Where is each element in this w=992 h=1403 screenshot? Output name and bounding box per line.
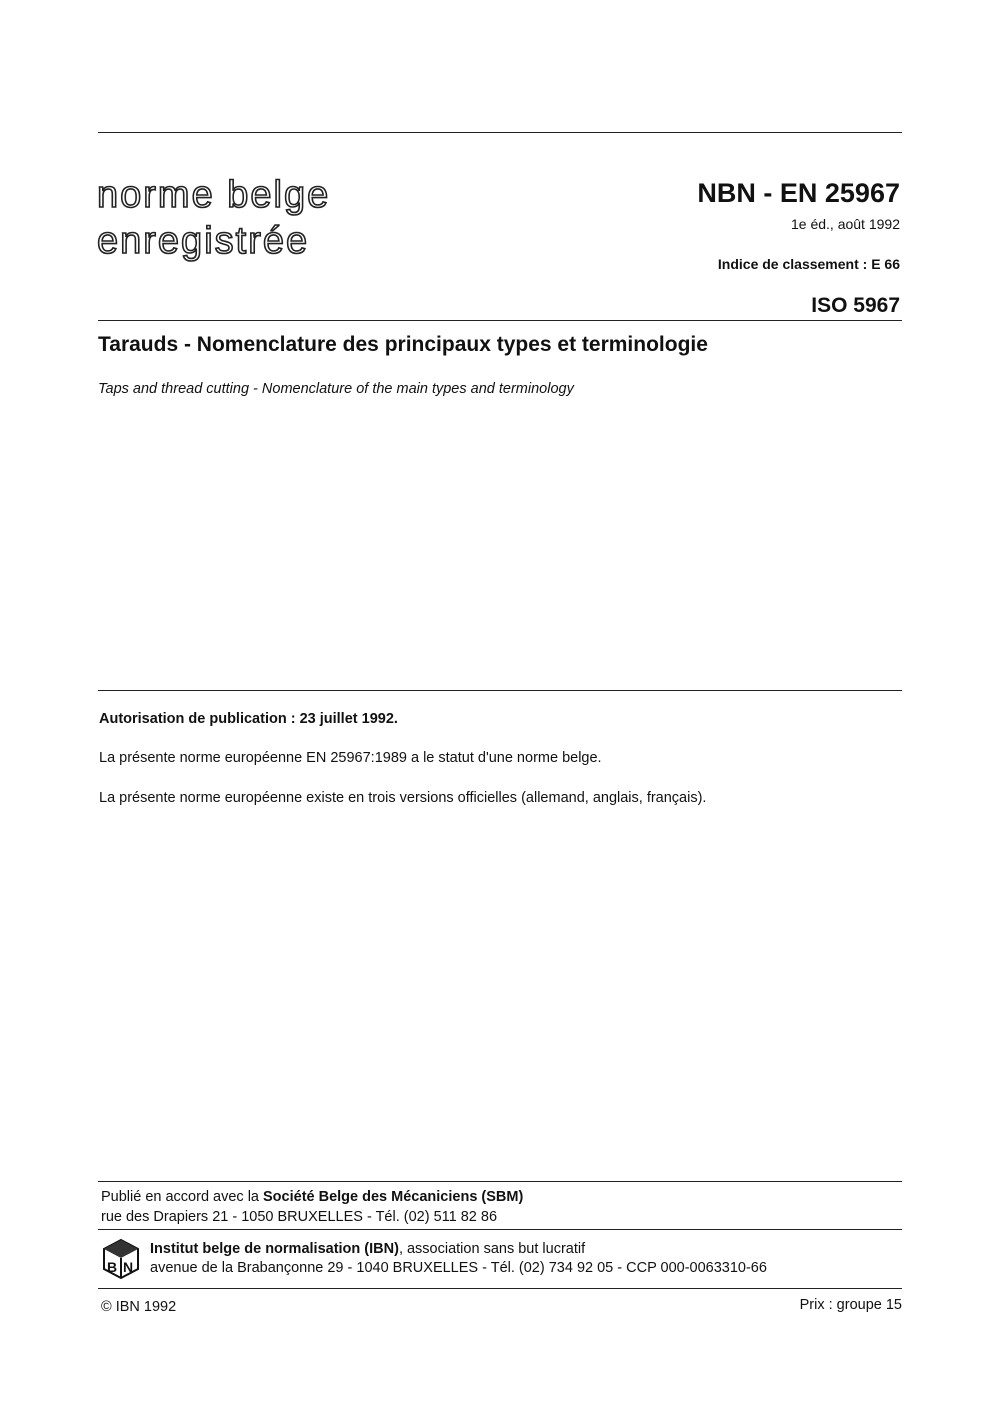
- publisher-name: Société Belge des Mécaniciens (SBM): [263, 1189, 523, 1205]
- price-group: Prix : groupe 15: [800, 1297, 902, 1313]
- footer-rule-3: [98, 1288, 902, 1289]
- copyright: © IBN 1992: [101, 1298, 176, 1317]
- ibn-cube-logo-icon: B N: [101, 1238, 141, 1280]
- iso-reference: ISO 5967: [811, 294, 900, 318]
- footer-rule-2: [98, 1229, 902, 1230]
- publisher-prefix: Publié en accord avec la: [101, 1189, 263, 1205]
- classification-index: Indice de classement : E 66: [718, 256, 900, 272]
- versions-statement: La présente norme européenne existe en t…: [99, 790, 706, 806]
- standard-code: NBN - EN 25967: [697, 178, 900, 209]
- english-title: Taps and thread cutting - Nomenclature o…: [98, 381, 574, 397]
- institute-address: avenue de la Brabançonne 29 - 1040 BRUXE…: [150, 1259, 767, 1278]
- publisher-address: rue des Drapiers 21 - 1050 BRUXELLES - T…: [101, 1208, 497, 1227]
- brand-line-2: enregistrée: [97, 219, 309, 263]
- institute-name: Institut belge de normalisation (IBN): [150, 1241, 399, 1257]
- top-rule: [98, 132, 902, 133]
- edition-date: 1e éd., août 1992: [791, 216, 900, 232]
- brand-line-1: norme belge: [97, 173, 330, 217]
- publisher-line: Publié en accord avec la Société Belge d…: [101, 1188, 523, 1207]
- svg-text:N: N: [123, 1259, 133, 1275]
- svg-text:B: B: [107, 1259, 117, 1275]
- authorization-date: Autorisation de publication : 23 juillet…: [99, 711, 398, 727]
- footer-rule-1: [98, 1181, 902, 1182]
- institute-suffix: , association sans but lucratif: [399, 1241, 585, 1257]
- body-rule: [98, 690, 902, 691]
- institute-line: Institut belge de normalisation (IBN), a…: [150, 1240, 585, 1259]
- status-statement: La présente norme européenne EN 25967:19…: [99, 750, 602, 766]
- title-rule: [98, 320, 902, 321]
- french-title: Tarauds - Nomenclature des principaux ty…: [98, 333, 708, 357]
